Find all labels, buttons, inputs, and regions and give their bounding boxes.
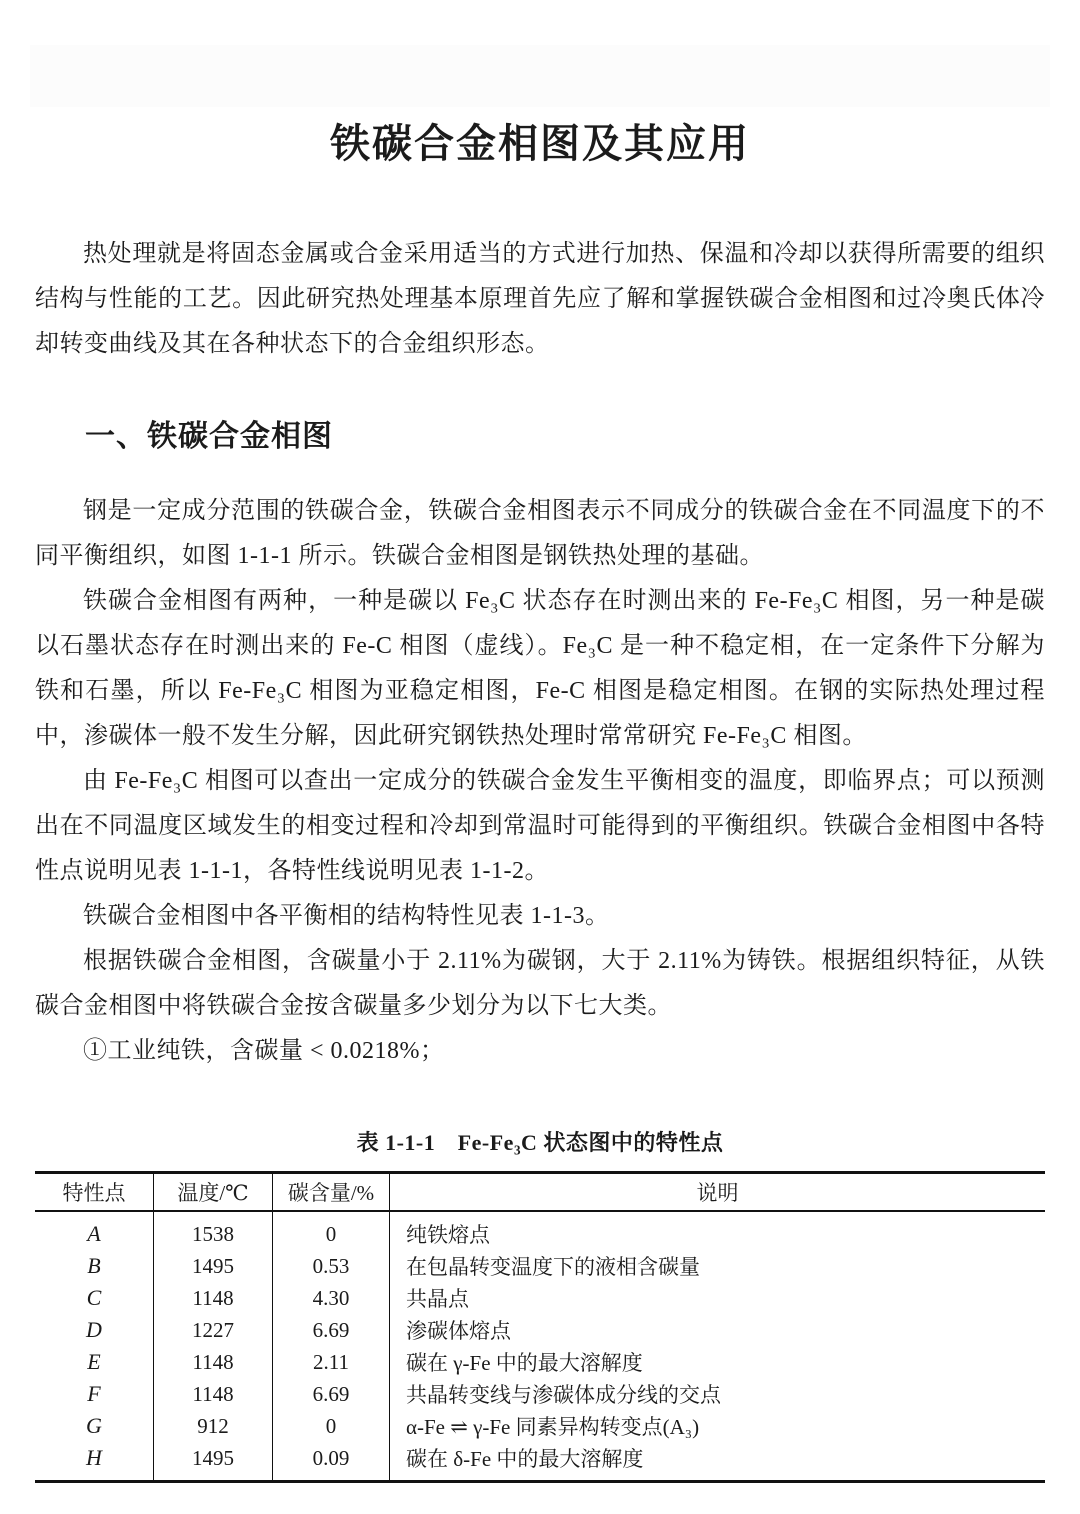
section-heading: 一、铁碳合金相图: [35, 411, 1045, 455]
cell-carbon: 0: [273, 1211, 390, 1250]
cell-desc: 纯铁熔点: [390, 1211, 1046, 1250]
cell-temp: 912: [154, 1410, 273, 1442]
cell-point: H: [35, 1442, 154, 1482]
col-header-point: 特性点: [35, 1173, 154, 1212]
col-header-carbon: 碳含量/%: [273, 1173, 390, 1212]
paragraph-4: 铁碳合金相图中各平衡相的结构特性见表 1-1-3。: [35, 894, 1045, 939]
paragraph-3: 由 Fe-Fe₃C 相图可以查出一定成分的铁碳合金发生平衡相变的温度，即临界点；…: [35, 759, 1045, 894]
cell-point: B: [35, 1250, 154, 1282]
cell-carbon: 0.09: [273, 1442, 390, 1482]
table-row: A 1538 0 纯铁熔点: [35, 1211, 1045, 1250]
cell-temp: 1148: [154, 1346, 273, 1378]
table-row: B 1495 0.53 在包晶转变温度下的液相含碳量: [35, 1250, 1045, 1282]
cell-temp: 1148: [154, 1282, 273, 1314]
cell-desc: 在包晶转变温度下的液相含碳量: [390, 1250, 1046, 1282]
cell-desc: 碳在 δ-Fe 中的最大溶解度: [390, 1442, 1046, 1482]
cell-temp: 1538: [154, 1211, 273, 1250]
cell-carbon: 0: [273, 1410, 390, 1442]
cell-point: C: [35, 1282, 154, 1314]
paragraph-1: 钢是一定成分范围的铁碳合金，铁碳合金相图表示不同成分的铁碳合金在不同温度下的不同…: [35, 489, 1045, 579]
table-row: C 1148 4.30 共晶点: [35, 1282, 1045, 1314]
cell-desc: 共晶点: [390, 1282, 1046, 1314]
cell-desc: 碳在 γ-Fe 中的最大溶解度: [390, 1346, 1046, 1378]
table-row: D 1227 6.69 渗碳体熔点: [35, 1314, 1045, 1346]
document-page: 铁碳合金相图及其应用 热处理就是将固态金属或合金采用适当的方式进行加热、保温和冷…: [0, 0, 1080, 1483]
table-row: F 1148 6.69 共晶转变线与渗碳体成分线的交点: [35, 1378, 1045, 1410]
table-header: 特性点 温度/℃ 碳含量/% 说明: [35, 1173, 1045, 1212]
cell-carbon: 2.11: [273, 1346, 390, 1378]
characteristic-points-table: 特性点 温度/℃ 碳含量/% 说明 A 1538 0 纯铁熔点 B 1495 0…: [35, 1171, 1045, 1483]
table-header-row: 特性点 温度/℃ 碳含量/% 说明: [35, 1173, 1045, 1212]
cell-point: E: [35, 1346, 154, 1378]
table-row: E 1148 2.11 碳在 γ-Fe 中的最大溶解度: [35, 1346, 1045, 1378]
paragraph-2: 铁碳合金相图有两种，一种是碳以 Fe₃C 状态存在时测出来的 Fe-Fe₃C 相…: [35, 579, 1045, 759]
cell-desc: α-Fe ⇌ γ-Fe 同素异构转变点(A₃): [390, 1410, 1046, 1442]
cell-temp: 1148: [154, 1378, 273, 1410]
cell-point: G: [35, 1410, 154, 1442]
intro-paragraph: 热处理就是将固态金属或合金采用适当的方式进行加热、保温和冷却以获得所需要的组织结…: [35, 232, 1045, 367]
cell-carbon: 0.53: [273, 1250, 390, 1282]
cell-temp: 1495: [154, 1250, 273, 1282]
page-title: 铁碳合金相图及其应用: [35, 118, 1045, 170]
cell-carbon: 6.69: [273, 1314, 390, 1346]
cell-desc: 渗碳体熔点: [390, 1314, 1046, 1346]
paragraph-6-list-item-1: ①工业纯铁，含碳量 < 0.0218%；: [35, 1029, 1045, 1074]
table-row: H 1495 0.09 碳在 δ-Fe 中的最大溶解度: [35, 1442, 1045, 1482]
cell-point: F: [35, 1378, 154, 1410]
cell-carbon: 4.30: [273, 1282, 390, 1314]
cell-desc: 共晶转变线与渗碳体成分线的交点: [390, 1378, 1046, 1410]
col-header-temp: 温度/℃: [154, 1173, 273, 1212]
cell-point: D: [35, 1314, 154, 1346]
cell-temp: 1227: [154, 1314, 273, 1346]
table-row: G 912 0 α-Fe ⇌ γ-Fe 同素异构转变点(A₃): [35, 1410, 1045, 1442]
cell-point: A: [35, 1211, 154, 1250]
col-header-desc: 说明: [390, 1173, 1046, 1212]
table-caption: 表 1-1-1 Fe-Fe₃C 状态图中的特性点: [35, 1126, 1045, 1157]
paragraph-5: 根据铁碳合金相图，含碳量小于 2.11%为碳钢，大于 2.11%为铸铁。根据组织…: [35, 939, 1045, 1029]
cell-temp: 1495: [154, 1442, 273, 1482]
cell-carbon: 6.69: [273, 1378, 390, 1410]
table-body: A 1538 0 纯铁熔点 B 1495 0.53 在包晶转变温度下的液相含碳量…: [35, 1211, 1045, 1482]
